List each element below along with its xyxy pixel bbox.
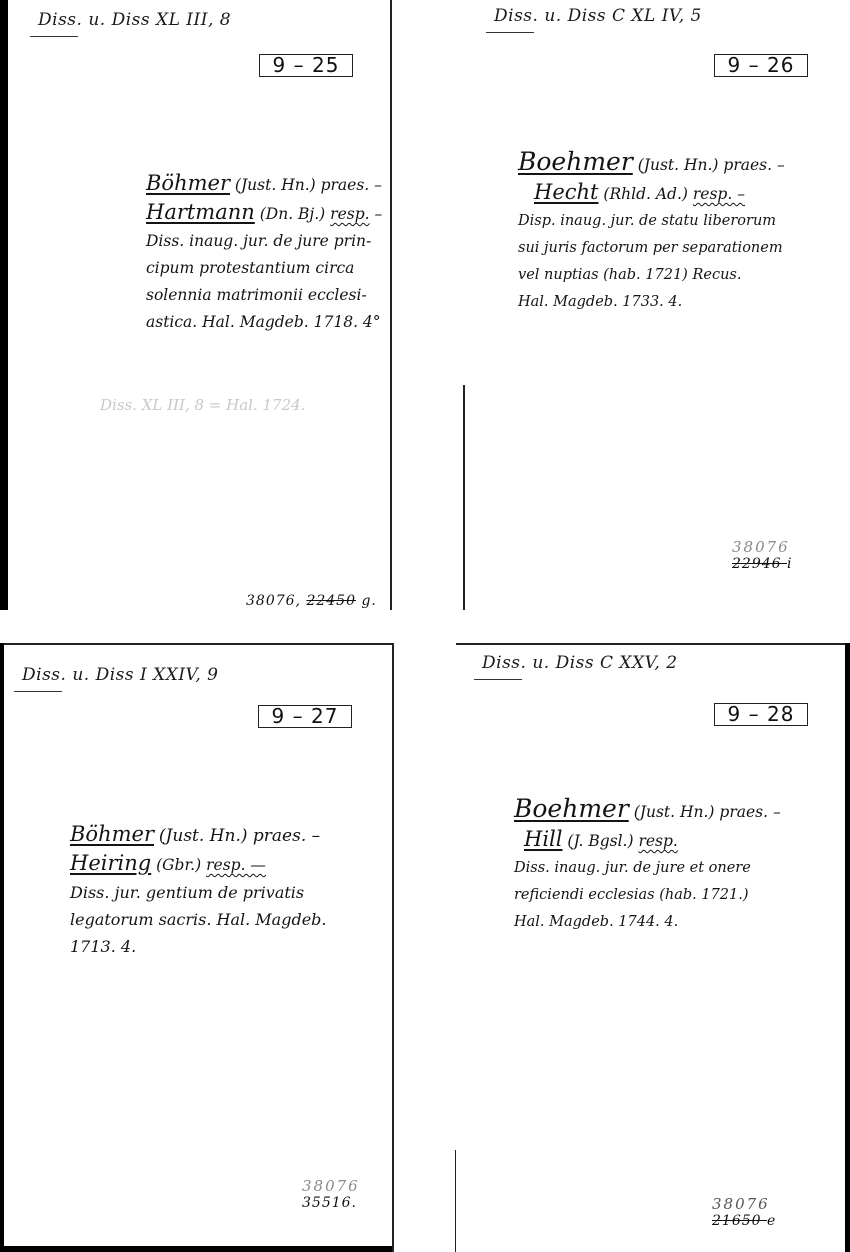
title-line: Hal. Magdeb. 1733. 4. xyxy=(518,289,785,316)
catalog-entry: Boehmer (Just. Hn.) praes. – Hecht (Rhld… xyxy=(518,148,785,316)
accession-struck: 35516. xyxy=(302,1195,360,1211)
title-line: Disp. inaug. jur. de statu liberorum xyxy=(518,208,785,235)
title-line: legatorum sacris. Hal. Magdeb. xyxy=(70,906,326,933)
accession-struck: 22450 xyxy=(306,593,356,609)
respondent-name: Heiring xyxy=(70,851,151,875)
praeses-name: Böhmer xyxy=(70,822,154,846)
praeses-name: Boehmer xyxy=(514,794,629,823)
accession-struck: 21650 xyxy=(712,1213,762,1229)
accession-current: 38076, xyxy=(246,593,301,609)
shelfmark-underline xyxy=(30,36,78,37)
respondent-detail: (Rhld. Ad.) xyxy=(603,185,688,203)
resp-label: resp. – xyxy=(693,185,745,203)
title-line: Diss. inaug. jur. de jure et onere xyxy=(514,855,781,882)
call-number-box: 9 – 27 xyxy=(258,705,352,728)
catalog-entry: Boehmer (Just. Hn.) praes. – Hill (J. Bg… xyxy=(514,795,781,936)
title-line: cipum protestantium circa xyxy=(146,255,382,282)
title-line: reficiendi ecclesias (hab. 1721.) xyxy=(514,882,781,909)
respondent-name: Hartmann xyxy=(146,200,255,224)
accession-suffix: g. xyxy=(361,593,376,609)
respondent-name: Hill xyxy=(524,827,562,851)
accession-number: 38076 22946 i xyxy=(732,538,792,572)
shelfmark: Diss. u. Diss C XL IV, 5 xyxy=(494,6,702,26)
respondent-detail: (J. Bgsl.) xyxy=(567,832,633,850)
catalog-entry: Böhmer (Just. Hn.) praes. – Heiring (Gbr… xyxy=(70,821,326,960)
title-line: Hal. Magdeb. 1744. 4. xyxy=(514,909,781,936)
catalog-card-4: Diss. u. Diss C XXV, 2 9 – 28 Boehmer (J… xyxy=(456,643,845,1252)
accession-number: 38076, 22450 g. xyxy=(246,590,377,609)
catalog-card-2: Diss. u. Diss C XL IV, 5 9 – 26 Boehmer … xyxy=(464,0,850,610)
shelfmark: Diss. u. Diss C XXV, 2 xyxy=(482,653,678,673)
faint-pencil-note: Diss. XL III, 8 = Hal. 1724. xyxy=(100,396,305,414)
accession-number: 38076 21650 e xyxy=(712,1195,776,1229)
title-line: Diss. jur. gentium de privatis xyxy=(70,879,326,906)
accession-suffix: i xyxy=(787,556,792,572)
title-line: astica. Hal. Magdeb. 1718. 4° xyxy=(146,309,382,336)
card-border-right xyxy=(390,0,392,610)
card-border-right xyxy=(392,643,394,1252)
call-number-box: 9 – 26 xyxy=(714,54,808,77)
resp-label: resp. — xyxy=(206,856,266,874)
accession-struck: 22946 xyxy=(732,556,782,572)
title-line: 1713. 4. xyxy=(70,933,326,960)
title-line: sui juris factorum per separationem xyxy=(518,235,785,262)
praeses-detail: (Just. Hn.) praes. – xyxy=(159,826,320,846)
praeses-name: Böhmer xyxy=(146,171,230,195)
resp-label: resp. xyxy=(638,832,677,850)
scan-edge-right-bottom xyxy=(845,643,850,1252)
catalog-card-1: Diss. u. Diss XL III, 8 9 – 25 Böhmer (J… xyxy=(8,0,392,610)
shelfmark: Diss. u. Diss XL III, 8 xyxy=(38,10,231,30)
catalog-card-3: Diss. u. Diss I XXIV, 9 9 – 27 Böhmer (J… xyxy=(4,643,394,1246)
praeses-detail: (Just. Hn.) praes. – xyxy=(634,803,781,821)
card-border-left xyxy=(463,385,465,610)
resp-label: resp. xyxy=(330,205,369,223)
accession-current: 38076 xyxy=(732,538,792,556)
shelfmark-underline xyxy=(486,32,534,33)
call-number-box: 9 – 25 xyxy=(259,54,353,77)
title-line: Diss. inaug. jur. de jure prin- xyxy=(146,228,382,255)
title-line: vel nuptias (hab. 1721) Recus. xyxy=(518,262,785,289)
call-number-box: 9 – 28 xyxy=(714,703,808,726)
respondent-detail: (Gbr.) xyxy=(156,856,201,874)
title-line: solennia matrimonii ecclesi- xyxy=(146,282,382,309)
accession-suffix: e xyxy=(767,1213,776,1229)
catalog-entry: Böhmer (Just. Hn.) praes. – Hartmann (Dn… xyxy=(146,170,382,336)
accession-number: 38076 35516. xyxy=(302,1177,360,1211)
praeses-detail: (Just. Hn.) praes. – xyxy=(638,156,785,174)
scan-edge-bottom-left xyxy=(0,1246,394,1252)
accession-current: 38076 xyxy=(712,1195,776,1213)
shelfmark-underline xyxy=(474,679,522,680)
praeses-detail: (Just. Hn.) praes. – xyxy=(235,176,382,194)
scan-edge-left-top xyxy=(0,0,8,610)
shelfmark: Diss. u. Diss I XXIV, 9 xyxy=(22,665,218,685)
praeses-name: Boehmer xyxy=(518,147,633,176)
respondent-name: Hecht xyxy=(534,180,598,204)
accession-current: 38076 xyxy=(302,1177,360,1195)
shelfmark-underline xyxy=(14,691,62,692)
card-border-left xyxy=(455,1150,456,1252)
respondent-detail: (Dn. Bj.) xyxy=(260,205,325,223)
